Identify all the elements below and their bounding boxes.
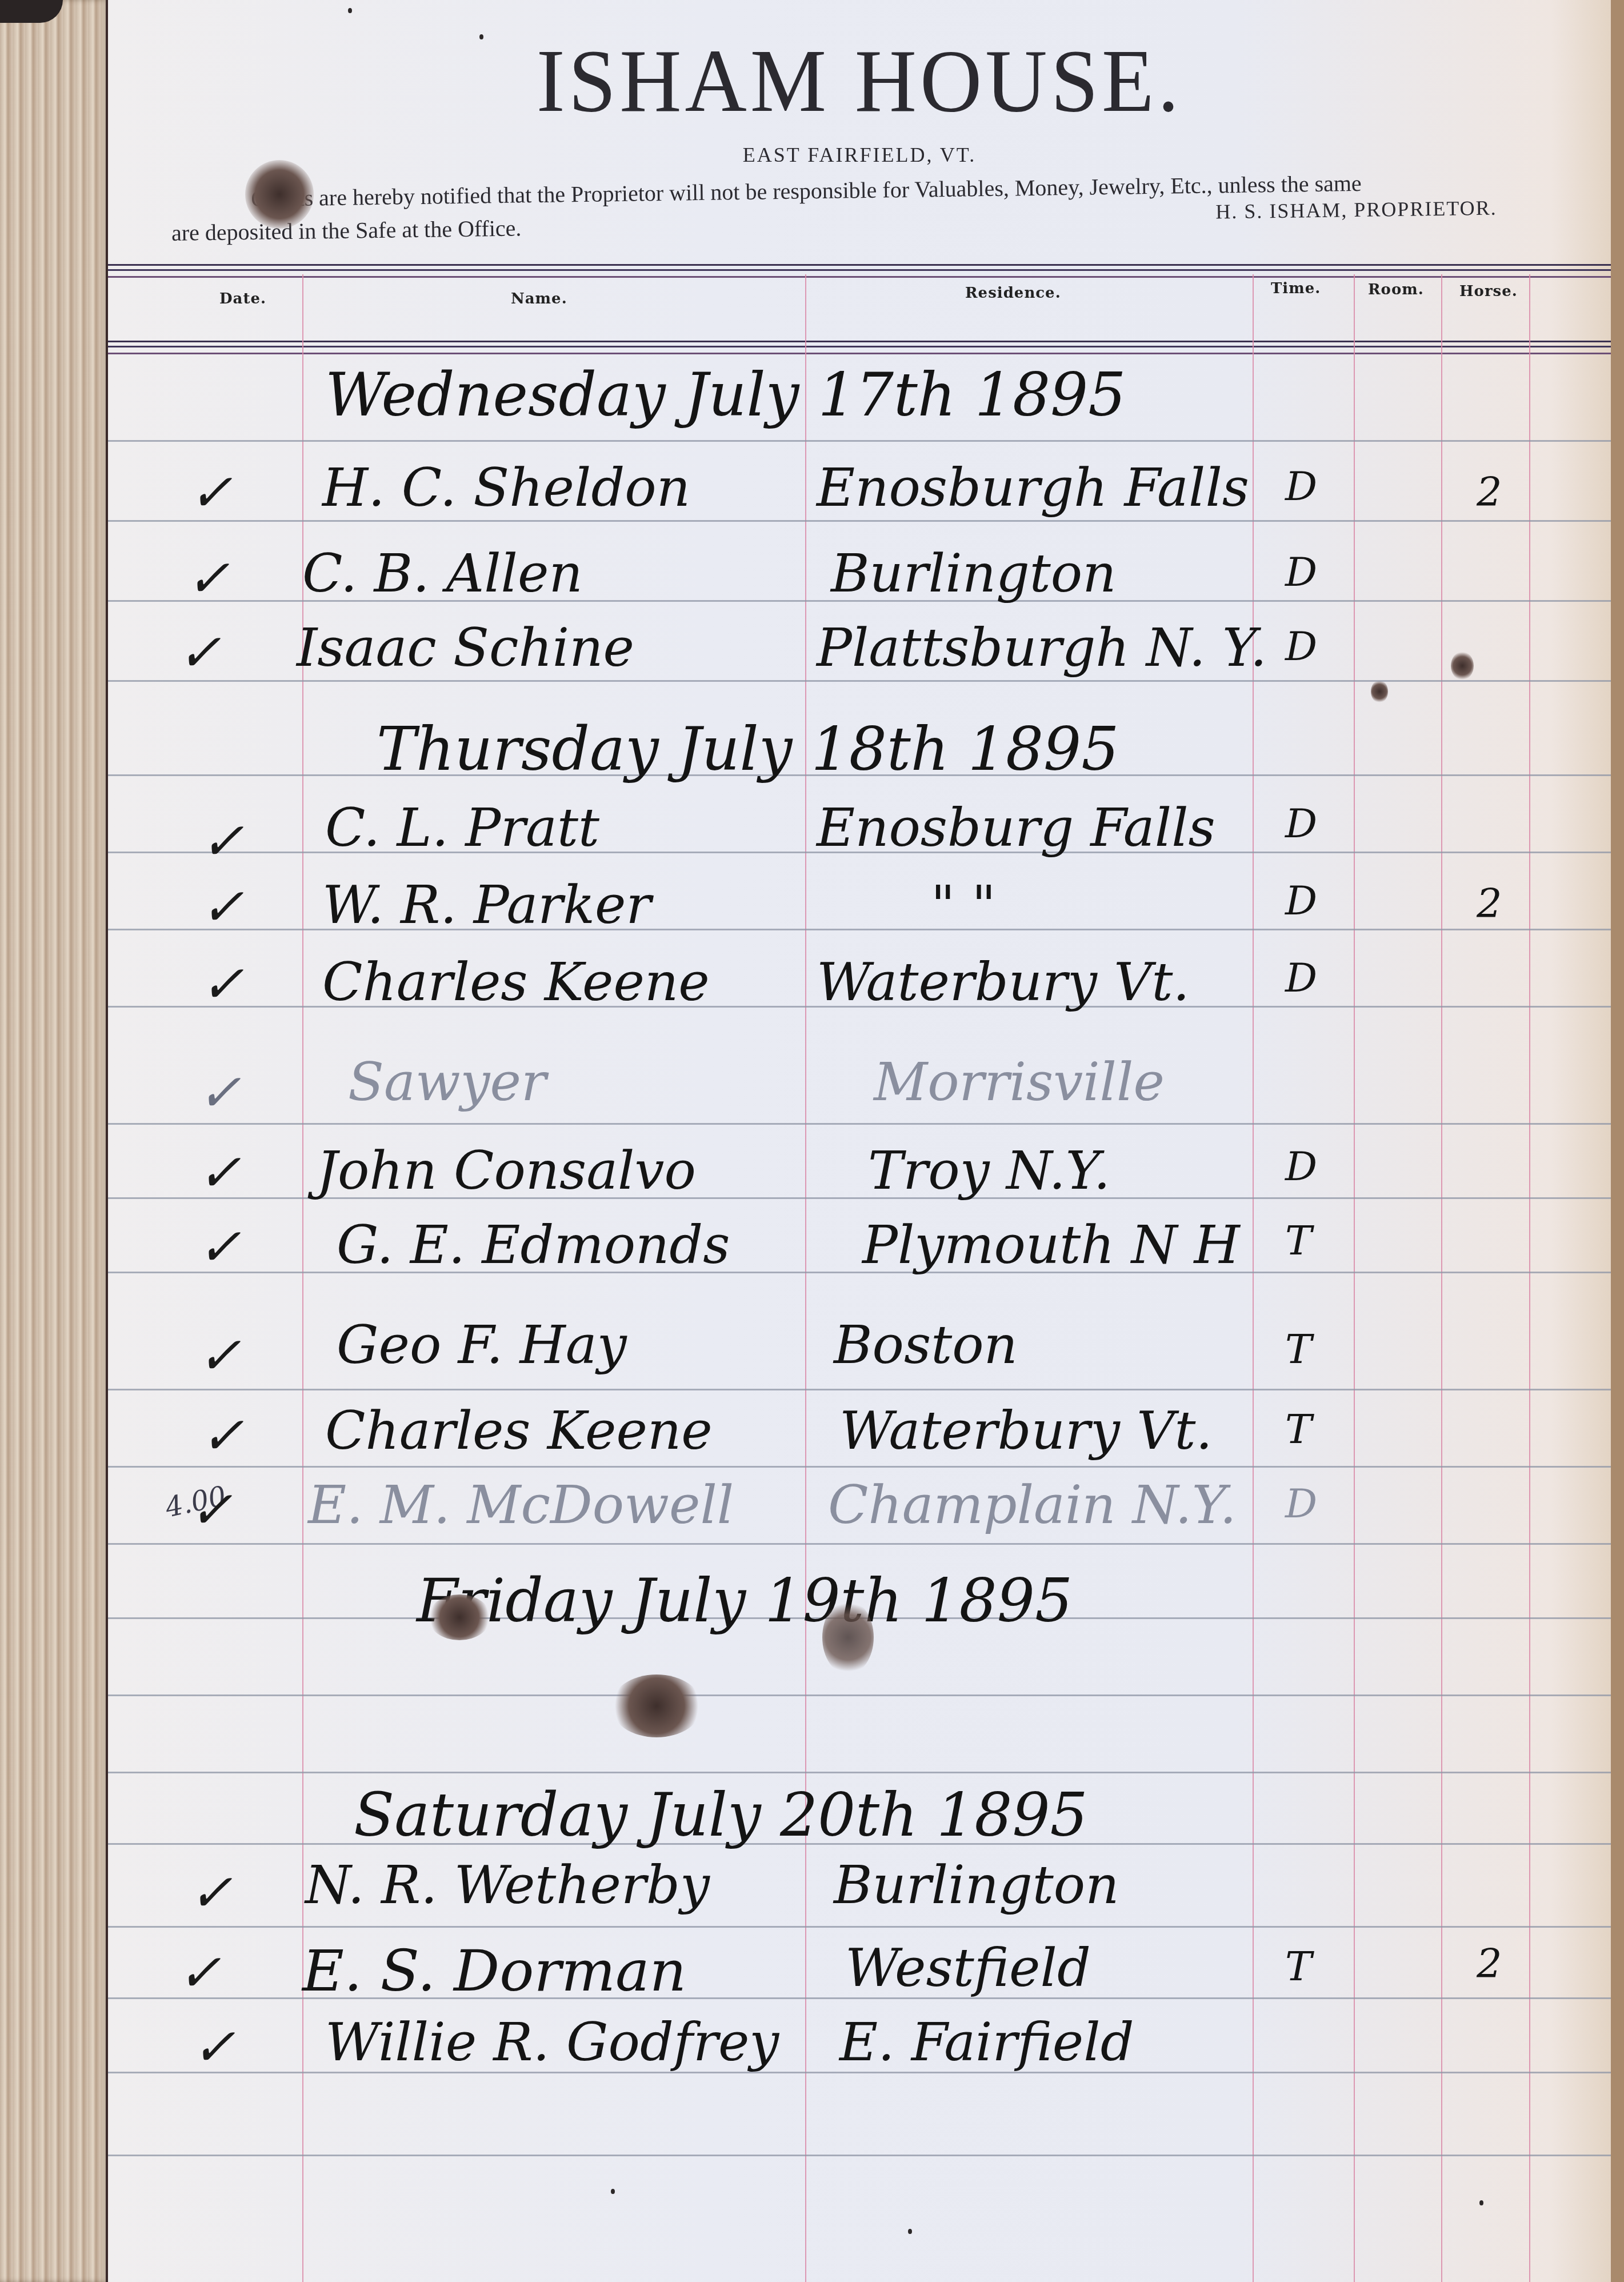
column-rule-horse — [1529, 274, 1530, 2282]
guest-residence: Waterbury Vt. — [839, 1400, 1213, 1461]
time-mark: T — [1285, 1326, 1312, 1373]
horse-count: 2 — [1477, 469, 1502, 515]
guest-name: Charles Keene — [322, 952, 710, 1013]
paper-speck — [1479, 2200, 1483, 2205]
guest-residence: Troy N.Y. — [868, 1140, 1110, 1201]
day-heading-friday: Friday July 19th 1895 — [417, 1566, 1073, 1636]
row-rule — [108, 2155, 1611, 2156]
guest-name: C. L. Pratt — [325, 797, 599, 858]
checkmark: ✓ — [186, 463, 245, 523]
guest-name: Geo F. Hay — [337, 1314, 627, 1376]
row-rule — [108, 1543, 1611, 1545]
guest-residence: Boston — [834, 1314, 1018, 1376]
paper-speck — [908, 2229, 912, 2234]
guest-name: H. C. Sheldon — [322, 457, 690, 518]
ink-spot — [1451, 652, 1474, 680]
checkmark: ✓ — [197, 1406, 257, 1466]
guest-name: E. S. Dorman — [302, 1937, 686, 2004]
column-header-date: Date. — [219, 290, 266, 307]
checkmark: ✓ — [194, 1063, 254, 1123]
row-rule — [108, 1123, 1611, 1125]
guest-residence: E. Fairfield — [839, 2012, 1134, 2073]
time-mark: D — [1285, 549, 1317, 596]
guest-name: Isaac Schine — [297, 617, 634, 678]
horse-count: 2 — [1477, 880, 1502, 927]
checkmark: ✓ — [194, 1143, 254, 1203]
hotel-title: ISHAM HOUSE. — [108, 29, 1611, 133]
column-header-residence: Residence. — [965, 285, 1061, 302]
checkmark: ✓ — [194, 1217, 254, 1277]
stain-mark — [245, 160, 314, 229]
guest-residence: Champlain N.Y. — [828, 1474, 1237, 1536]
guest-name: C. B. Allen — [302, 543, 583, 604]
guest-residence: Plymouth N H — [862, 1214, 1240, 1276]
column-header-time: Time. — [1271, 280, 1321, 297]
guest-residence: Burlington — [831, 543, 1116, 604]
checkmark: ✓ — [194, 1326, 254, 1386]
row-rule — [108, 1926, 1611, 1928]
ink-blot — [428, 1594, 491, 1640]
row-rule — [108, 1466, 1611, 1468]
row-rule — [108, 1694, 1611, 1696]
page-edge-stack — [0, 0, 109, 2282]
ink-blot — [611, 1674, 702, 1737]
time-mark: D — [1285, 877, 1317, 924]
column-rule-name — [805, 274, 806, 2282]
guest-residence: Enosburg Falls — [817, 797, 1215, 858]
guest-name: E. M. McDowell — [308, 1474, 734, 1536]
ink-blot — [822, 1600, 874, 1674]
time-mark: D — [1285, 1480, 1317, 1527]
guest-name: N. R. Wetherby — [305, 1855, 710, 1916]
time-mark: T — [1285, 1943, 1312, 1990]
register-page: ISHAM HOUSE. EAST FAIRFIELD, VT. Guests … — [106, 0, 1611, 2282]
day-heading-wednesday: Wednesday July 17th 1895 — [325, 360, 1126, 430]
guest-residence: Westfield — [845, 1937, 1091, 1999]
guest-name: G. E. Edmonds — [337, 1214, 730, 1276]
guest-name: W. R. Parker — [322, 874, 651, 936]
guest-residence: Burlington — [834, 1855, 1119, 1916]
checkmark: ✓ — [189, 2017, 248, 2077]
guest-residence: Plattsburgh N. Y. — [817, 617, 1267, 678]
row-rule — [108, 1772, 1611, 1773]
column-header-horse: Horse. — [1459, 283, 1518, 300]
guest-residence: " " — [931, 874, 996, 936]
row-rule — [108, 680, 1611, 682]
guest-residence: Enosburgh Falls — [817, 457, 1249, 518]
column-rule-residence — [1253, 274, 1254, 2282]
column-rule-time — [1354, 274, 1355, 2282]
guest-residence: Morrisville — [874, 1052, 1165, 1113]
row-rule — [108, 520, 1611, 522]
row-rule — [108, 1272, 1611, 1273]
column-header-room: Room. — [1368, 281, 1424, 298]
horse-count: 2 — [1477, 1940, 1502, 1987]
time-mark: D — [1285, 463, 1317, 510]
header-top-rule — [108, 264, 1611, 278]
paper-speck — [479, 34, 483, 39]
hotel-location: EAST FAIRFIELD, VT. — [108, 143, 1611, 167]
time-mark: D — [1285, 954, 1317, 1001]
header-bottom-rule — [108, 341, 1611, 354]
time-mark: D — [1285, 800, 1317, 847]
liability-notice: Guests are hereby notified that the Prop… — [171, 169, 1560, 245]
proprietor-signature: H. S. ISHAM, PROPRIETOR. — [1215, 198, 1497, 222]
column-header-name: Name. — [511, 290, 567, 307]
time-mark: T — [1285, 1217, 1312, 1264]
guest-name: Charles Keene — [325, 1400, 713, 1461]
guest-name: Sawyer — [348, 1052, 546, 1113]
checkmark: ✓ — [186, 1863, 245, 1923]
day-heading-saturday: Saturday July 20th 1895 — [354, 1780, 1088, 1850]
time-mark: D — [1285, 1143, 1317, 1190]
book-cover-corner — [0, 0, 63, 23]
day-heading-thursday: Thursday July 18th 1895 — [377, 714, 1119, 784]
checkmark: ✓ — [174, 623, 234, 683]
row-rule — [108, 440, 1611, 442]
guest-residence: Waterbury Vt. — [817, 952, 1190, 1013]
time-mark: D — [1285, 623, 1317, 670]
checkmark: ✓ — [197, 812, 257, 872]
guest-name: Willie R. Godfrey — [325, 2012, 779, 2073]
row-rule — [108, 1389, 1611, 1390]
paper-speck — [348, 8, 352, 13]
ink-spot — [1371, 680, 1388, 703]
guest-name: John Consalvo — [317, 1140, 696, 1201]
time-mark: T — [1285, 1406, 1312, 1453]
checkmark: ✓ — [174, 1943, 234, 2003]
column-rule-room — [1441, 274, 1442, 2282]
paper-speck — [611, 2189, 615, 2194]
